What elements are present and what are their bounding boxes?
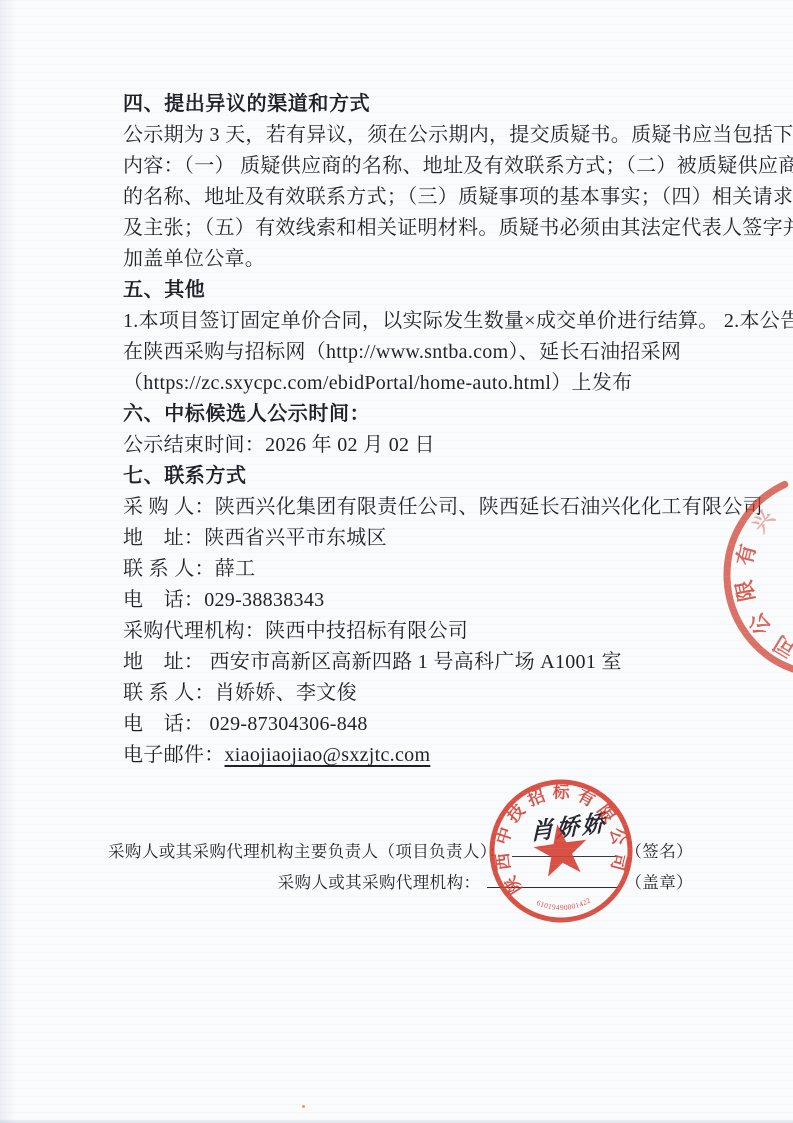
body-line-url: （https://zc.sxycpc.com/ebidPortal/home-a… [123, 368, 695, 399]
contact-agency-person-line: 联 系 人：肖娇娇、李文俊 [123, 678, 695, 709]
email-label: 电子邮件： [123, 744, 225, 766]
stamp-line-label: 采购人或其采购代理机构： [278, 873, 481, 892]
body-line: 公示期为 3 天，若有异议，须在公示期内，提交质疑书。质疑书应当包括下列 [123, 120, 695, 151]
contact-agency-line: 采购代理机构：陕西中技招标有限公司 [123, 616, 695, 647]
scan-edge-shade-left [0, 0, 16, 1123]
section-7-heading: 七、联系方式 [123, 461, 695, 492]
contact-buyer-line: 采 购 人：陕西兴化集团有限责任公司、陕西延长石油兴化化工有限公司 [123, 492, 695, 523]
section-5-heading: 五、其他 [123, 275, 695, 306]
seal-star-icon [531, 821, 591, 879]
section-6-heading: 六、中标候选人公示时间： [123, 399, 695, 430]
body-line: 加盖单位公章。 [123, 244, 695, 275]
email-address: xiaojiaojiao@sxzjtc.com [225, 744, 431, 766]
contact-buyer-address-line: 地 址：陕西省兴平市东城区 [123, 523, 695, 554]
signature-line-label: 采购人或其采购代理机构主要负责人（项目负责人）： [108, 842, 505, 861]
contact-agency-phone-line: 电 话： 029-87304306-848 [123, 709, 695, 740]
contact-buyer-phone-line: 电 话：029-38838343 [123, 585, 695, 616]
seal-serial-number: 61019490001422 [534, 891, 593, 916]
contact-buyer-person-line: 联 系 人：薛工 [123, 554, 695, 585]
body-line: 的名称、地址及有效联系方式；（三）质疑事项的基本事实；（四）相关请求 [123, 182, 695, 213]
publicity-end-time-line: 公示结束时间：2026 年 02 月 02 日 [123, 430, 695, 461]
scanned-document-page: 四、提出异议的渠道和方式 公示期为 3 天，若有异议，须在公示期内，提交质疑书。… [0, 0, 793, 1123]
body-line: 内容：（一） 质疑供应商的名称、地址及有效联系方式；（二）被质疑供应商 [123, 151, 695, 182]
edge-seal-char: 限 [732, 578, 760, 603]
scan-speck [302, 1105, 305, 1108]
edge-partial-seal: 兴 有 限 公 司 [700, 452, 793, 697]
contact-agency-address-line: 地 址： 西安市高新区高新四路 1 号高科广场 A1001 室 [123, 647, 695, 678]
body-line: 及主张；（五）有效线索和相关证明材料。质疑书必须由其法定代表人签字并 [123, 213, 695, 244]
scan-edge-shade-bottom [0, 1119, 793, 1123]
document-body: 四、提出异议的渠道和方式 公示期为 3 天，若有异议，须在公示期内，提交质疑书。… [123, 89, 695, 771]
body-line-url: 在陕西采购与招标网（http://www.sntba.com）、延长石油招采网 [123, 337, 695, 368]
edge-seal-char: 有 [732, 542, 760, 568]
agency-round-seal: 陕西中技招标有限公司 61019490001422 [477, 767, 645, 935]
body-line: 1.本项目签订固定单价合同，以实际发生数量×成交单价进行结算。 2.本公告 [123, 306, 695, 337]
section-4-heading: 四、提出异议的渠道和方式 [123, 89, 695, 120]
